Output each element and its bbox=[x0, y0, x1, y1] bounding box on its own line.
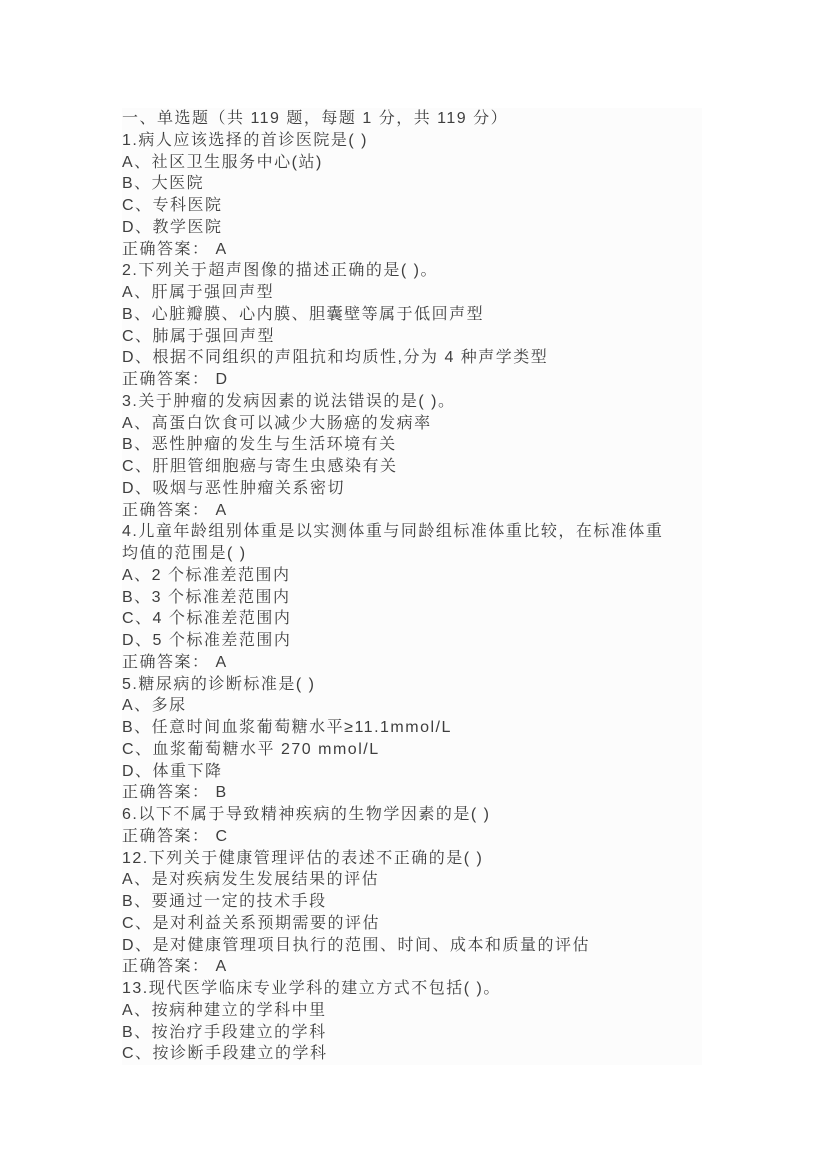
question-option: C、按诊断手段建立的学科 bbox=[122, 1043, 702, 1065]
answer-line: 正确答案： A bbox=[122, 239, 702, 261]
question-option: C、肝胆管细胞癌与寄生虫感染有关 bbox=[122, 456, 702, 478]
question-stem: 12.下列关于健康管理评估的表述不正确的是( ) bbox=[122, 848, 702, 870]
question-option: A、2 个标准差范围内 bbox=[122, 565, 702, 587]
question-stem: 6.以下不属于导致精神疾病的生物学因素的是( ) bbox=[122, 804, 702, 826]
question-stem: 13.现代医学临床专业学科的建立方式不包括( )。 bbox=[122, 978, 702, 1000]
question-option: D、是对健康管理项目执行的范围、时间、成本和质量的评估 bbox=[122, 935, 702, 957]
question-option: C、肺属于强回声型 bbox=[122, 326, 702, 348]
question-option: B、3 个标准差范围内 bbox=[122, 587, 702, 609]
answer-line: 正确答案： A bbox=[122, 500, 702, 522]
question-option: C、是对利益关系预期需要的评估 bbox=[122, 913, 702, 935]
question-option: B、要通过一定的技术手段 bbox=[122, 891, 702, 913]
question-option: A、按病种建立的学科中里 bbox=[122, 1000, 702, 1022]
questions-container: 1.病人应该选择的首诊医院是( )A、社区卫生服务中心(站)B、大医院C、专科医… bbox=[122, 130, 702, 1065]
question-option: B、大医院 bbox=[122, 173, 702, 195]
question-option: A、是对疾病发生发展结果的评估 bbox=[122, 869, 702, 891]
question-stem: 3.关于肿瘤的发病因素的说法错误的是( )。 bbox=[122, 391, 702, 413]
question-option: C、专科医院 bbox=[122, 195, 702, 217]
question-stem: 均值的范围是( ) bbox=[122, 543, 702, 565]
question-option: B、心脏瓣膜、心内膜、胆囊壁等属于低回声型 bbox=[122, 304, 702, 326]
answer-line: 正确答案： C bbox=[122, 826, 702, 848]
question-option: C、4 个标准差范围内 bbox=[122, 608, 702, 630]
question-option: A、社区卫生服务中心(站) bbox=[122, 152, 702, 174]
question-stem: 4.儿童年龄组别体重是以实测体重与同龄组标准体重比较，在标准体重 bbox=[122, 521, 702, 543]
question-stem: 2.下列关于超声图像的描述正确的是( )。 bbox=[122, 260, 702, 282]
question-option: A、高蛋白饮食可以减少大肠癌的发病率 bbox=[122, 413, 702, 435]
question-option: D、根据不同组织的声阻抗和均质性,分为 4 种声学类型 bbox=[122, 347, 702, 369]
answer-line: 正确答案： B bbox=[122, 782, 702, 804]
question-option: D、体重下降 bbox=[122, 761, 702, 783]
question-option: C、血浆葡萄糖水平 270 mmol/L bbox=[122, 739, 702, 761]
question-option: B、按治疗手段建立的学科 bbox=[122, 1022, 702, 1044]
exam-content: 一、单选题（共 119 题，每题 1 分，共 119 分） 1.病人应该选择的首… bbox=[122, 108, 702, 1065]
question-option: B、任意时间血浆葡萄糖水平≥11.1mmol/L bbox=[122, 717, 702, 739]
section-heading: 一、单选题（共 119 题，每题 1 分，共 119 分） bbox=[122, 108, 702, 130]
question-stem: 1.病人应该选择的首诊医院是( ) bbox=[122, 130, 702, 152]
question-option: D、教学医院 bbox=[122, 217, 702, 239]
answer-line: 正确答案： A bbox=[122, 652, 702, 674]
question-stem: 5.糖尿病的诊断标准是( ) bbox=[122, 674, 702, 696]
question-option: D、吸烟与恶性肿瘤关系密切 bbox=[122, 478, 702, 500]
question-option: A、肝属于强回声型 bbox=[122, 282, 702, 304]
answer-line: 正确答案： A bbox=[122, 956, 702, 978]
answer-line: 正确答案： D bbox=[122, 369, 702, 391]
question-option: B、恶性肿瘤的发生与生活环境有关 bbox=[122, 434, 702, 456]
question-option: D、5 个标准差范围内 bbox=[122, 630, 702, 652]
question-option: A、多尿 bbox=[122, 695, 702, 717]
document-page: 一、单选题（共 119 题，每题 1 分，共 119 分） 1.病人应该选择的首… bbox=[0, 0, 826, 1169]
